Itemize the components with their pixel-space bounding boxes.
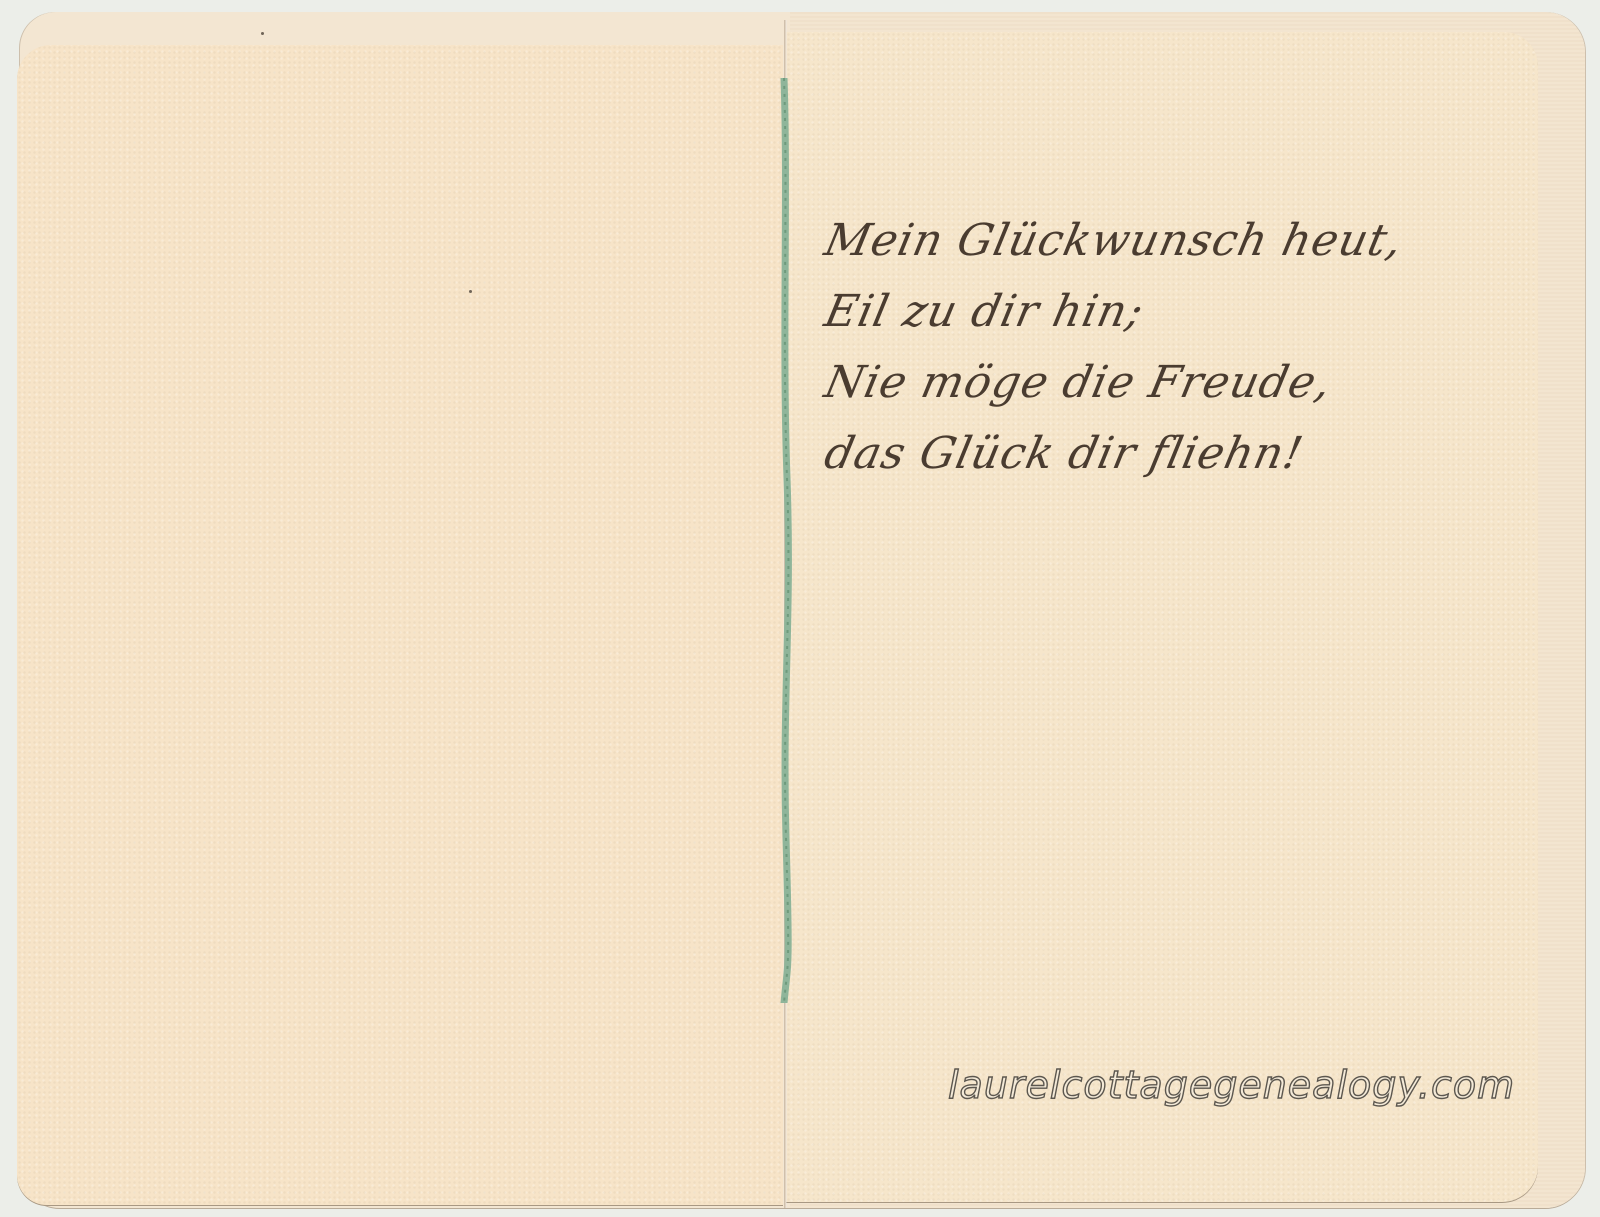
verse-line-2: Eil zu dir hin; — [818, 276, 1533, 347]
verse-line-3: Nie möge die Freude, — [818, 347, 1533, 418]
paper-speck — [261, 32, 264, 35]
binding-thread-icon — [778, 78, 798, 1003]
watermark: laurelcottagegenealogy.com — [948, 1063, 1515, 1107]
paper-speck — [469, 290, 472, 293]
handwritten-verse: Mein Glückwunsch heut, Eil zu dir hin; N… — [818, 205, 1518, 489]
verse-line-4: das Glück dir fliehn! — [818, 418, 1533, 489]
scanned-card: Mein Glückwunsch heut, Eil zu dir hin; N… — [0, 0, 1600, 1217]
verse-line-1: Mein Glückwunsch heut, — [818, 205, 1533, 276]
left-page — [17, 45, 783, 1205]
